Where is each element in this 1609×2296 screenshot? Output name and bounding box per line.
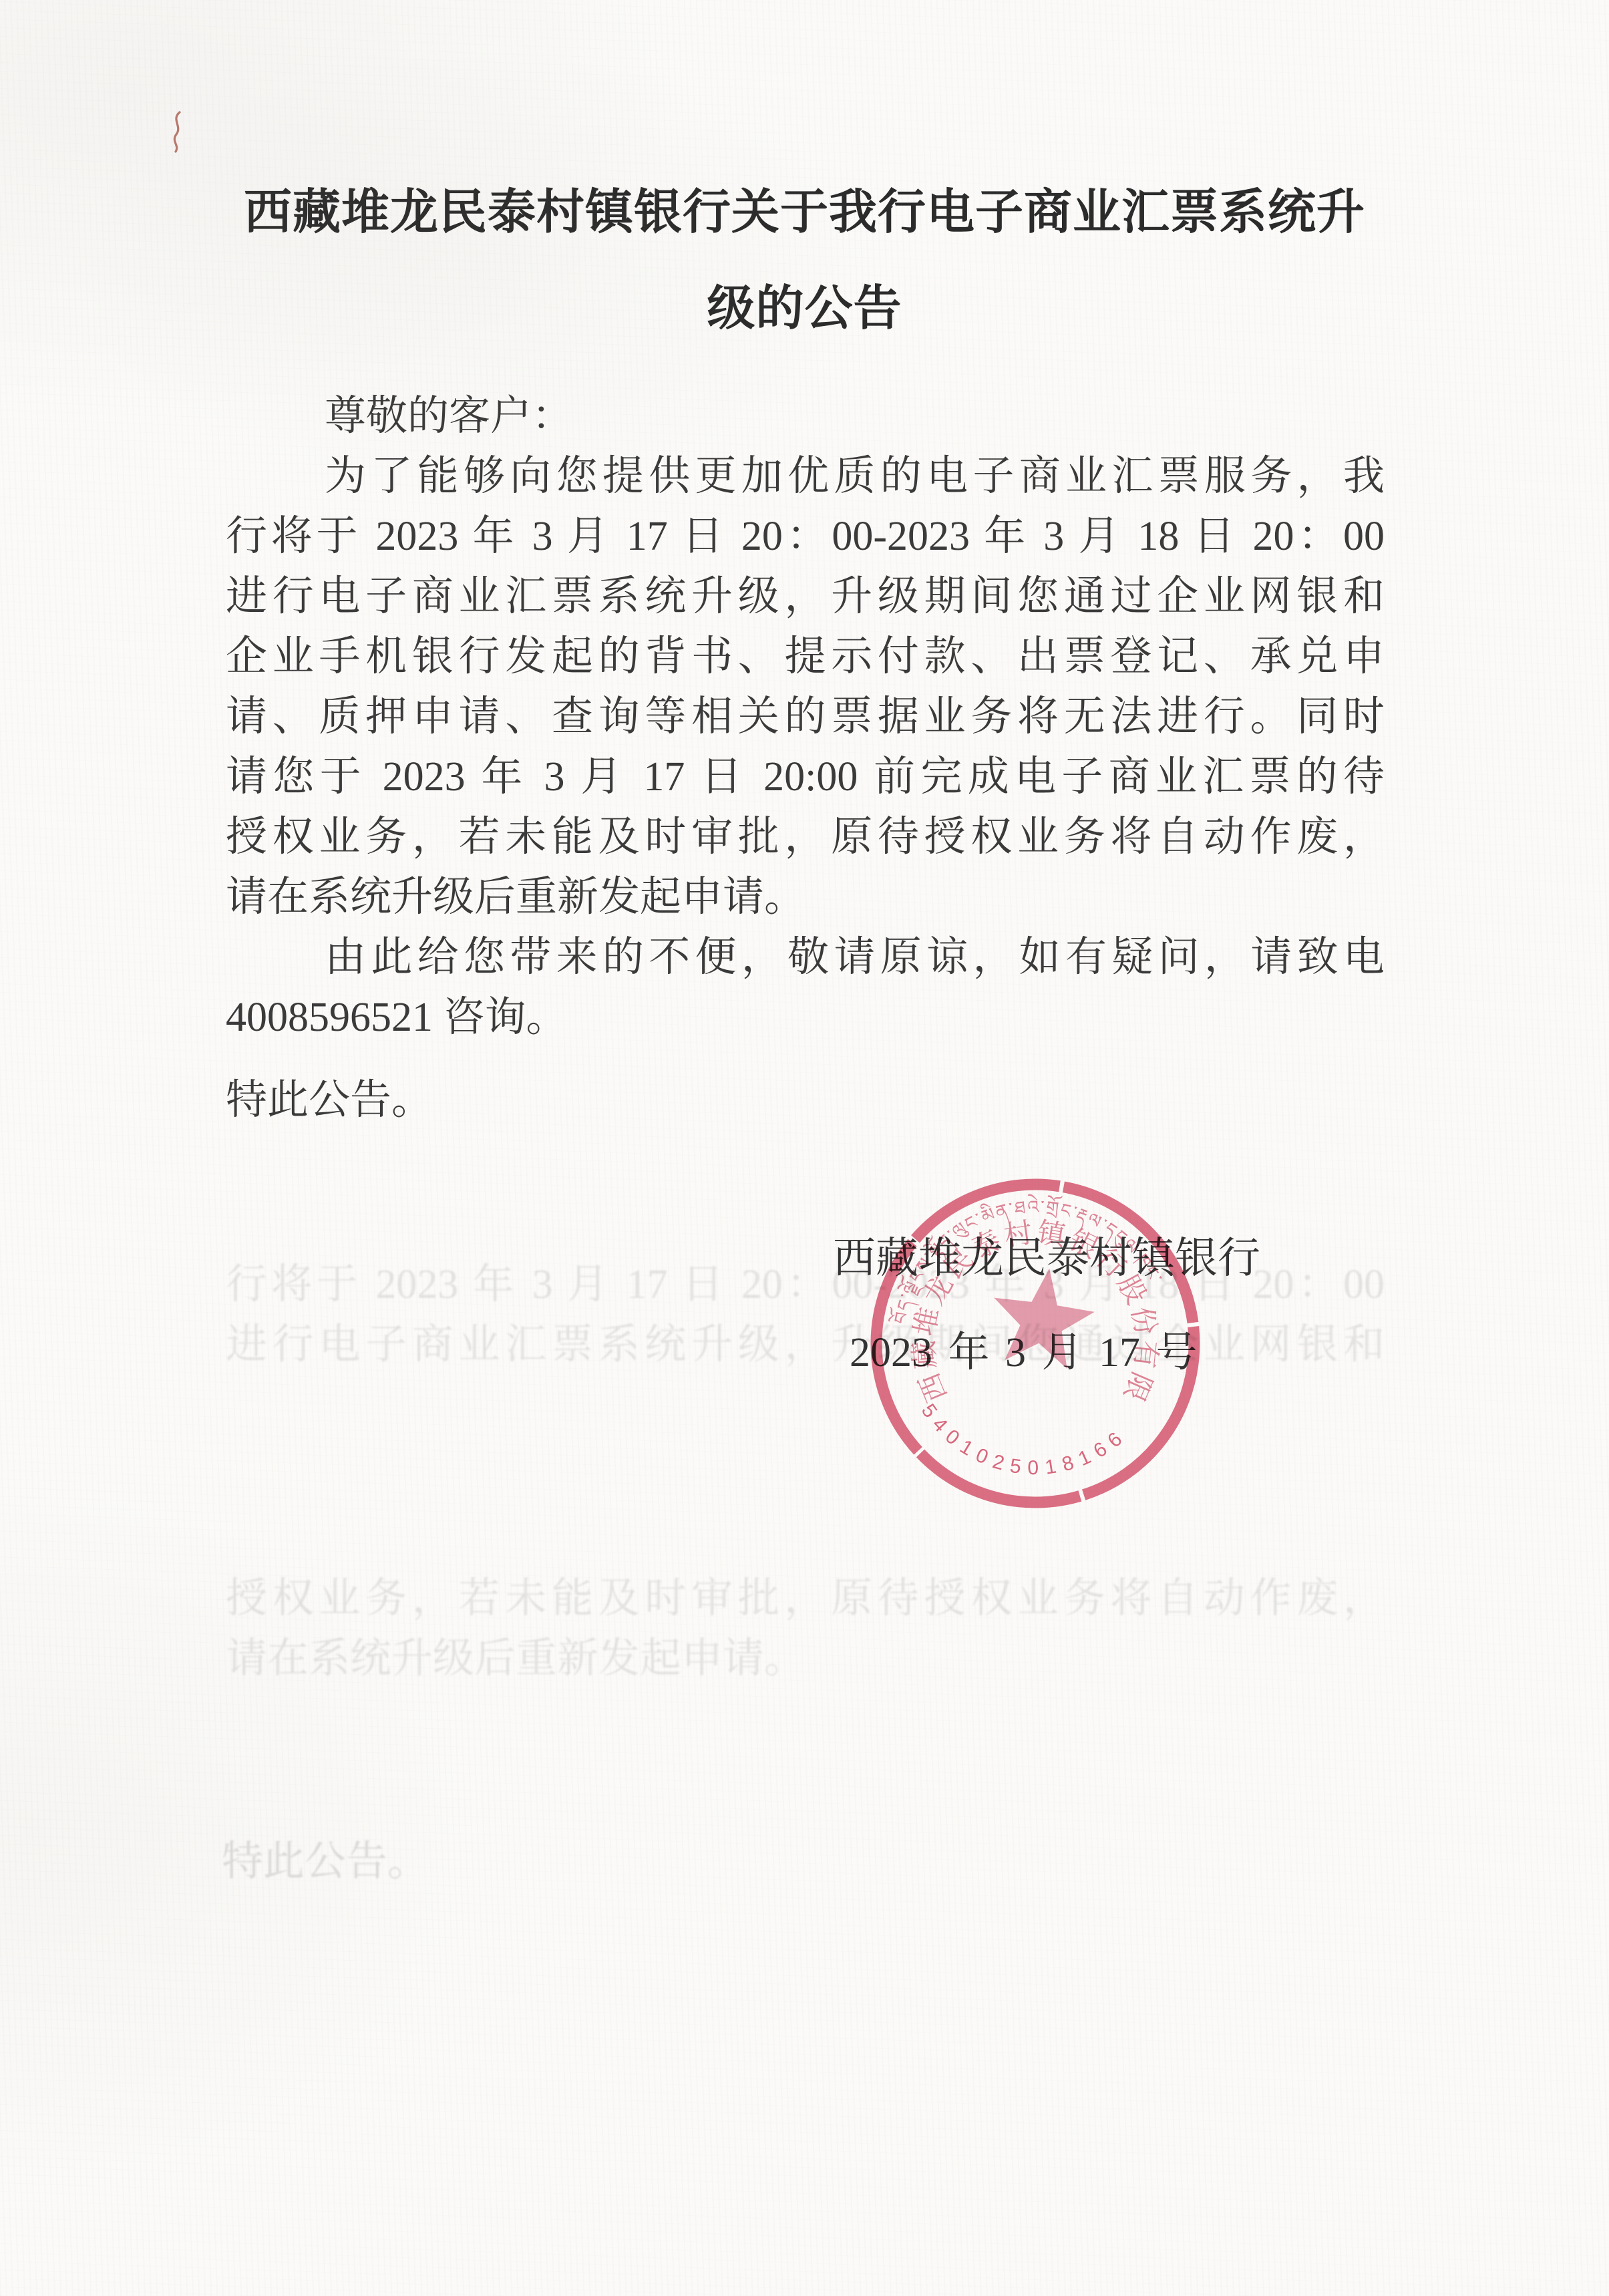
announcement-title-line1: 西藏堆龙民泰村镇银行关于我行电子商业汇票系统升 bbox=[0, 179, 1609, 246]
ghost-line: 授权业务，若未能及时审批，原待授权业务将自动作废， bbox=[226, 1569, 1385, 1629]
notice-text: 特此公告。 bbox=[226, 1070, 433, 1130]
ghost-line: 进行电子商业汇票系统升级，升级期间您通过企业网银和 bbox=[226, 1315, 1385, 1375]
body-line: 企业手机银行发起的背书、提示付款、出票登记、承兑申 bbox=[226, 627, 1385, 687]
body-line: 请在系统升级后重新发起申请。 bbox=[226, 867, 1385, 927]
announcement-title-line2: 级的公告 bbox=[0, 275, 1609, 342]
scanned-announcement-page: { "page": { "width": 2409, "height": 343… bbox=[0, 0, 1609, 2296]
body-line: 4008596521 咨询。 bbox=[226, 987, 1385, 1047]
body-line: 授权业务，若未能及时审批，原待授权业务将自动作废， bbox=[226, 807, 1385, 867]
body-line: 由此给您带来的不便，敬请原谅，如有疑问，请致电 bbox=[226, 927, 1385, 987]
seal-star-icon bbox=[986, 1261, 1100, 1371]
official-seal: བོད་ལྗོངས་སྟོད་ལུང་མིན་ཐའེ་གྲོང་རྡལ་དངུལ… bbox=[870, 1178, 1201, 1509]
body-line: 为了能够向您提供更加优质的电子商业汇票服务，我 bbox=[226, 446, 1385, 506]
ghost-line: 特此公告。 bbox=[222, 1832, 429, 1892]
seal-serial-number: 5401025018166 bbox=[917, 1400, 1132, 1479]
red-pen-mark bbox=[168, 110, 188, 157]
body-line: 请、质押申请、查询等相关的票据业务将无法进行。同时 bbox=[226, 687, 1385, 747]
seal-serial-arc: 5401025018166 bbox=[917, 1400, 1132, 1479]
body-line: 请您于 2023 年 3 月 17 日 20:00 前完成电子商业汇票的待 bbox=[226, 747, 1385, 807]
body-line: 行将于 2023 年 3 月 17 日 20：00-2023 年 3 月 18 … bbox=[226, 506, 1385, 566]
salutation-line: 尊敬的客户： bbox=[226, 386, 1385, 446]
letter-body: 尊敬的客户： 为了能够向您提供更加优质的电子商业汇票服务，我 行将于 2023 … bbox=[226, 386, 1385, 1047]
body-line: 进行电子商业汇票系统升级，升级期间您通过企业网银和 bbox=[226, 566, 1385, 627]
scan-noise-overlay bbox=[0, 0, 1609, 2296]
ghost-line: 请在系统升级后重新发起申请。 bbox=[226, 1629, 806, 1689]
